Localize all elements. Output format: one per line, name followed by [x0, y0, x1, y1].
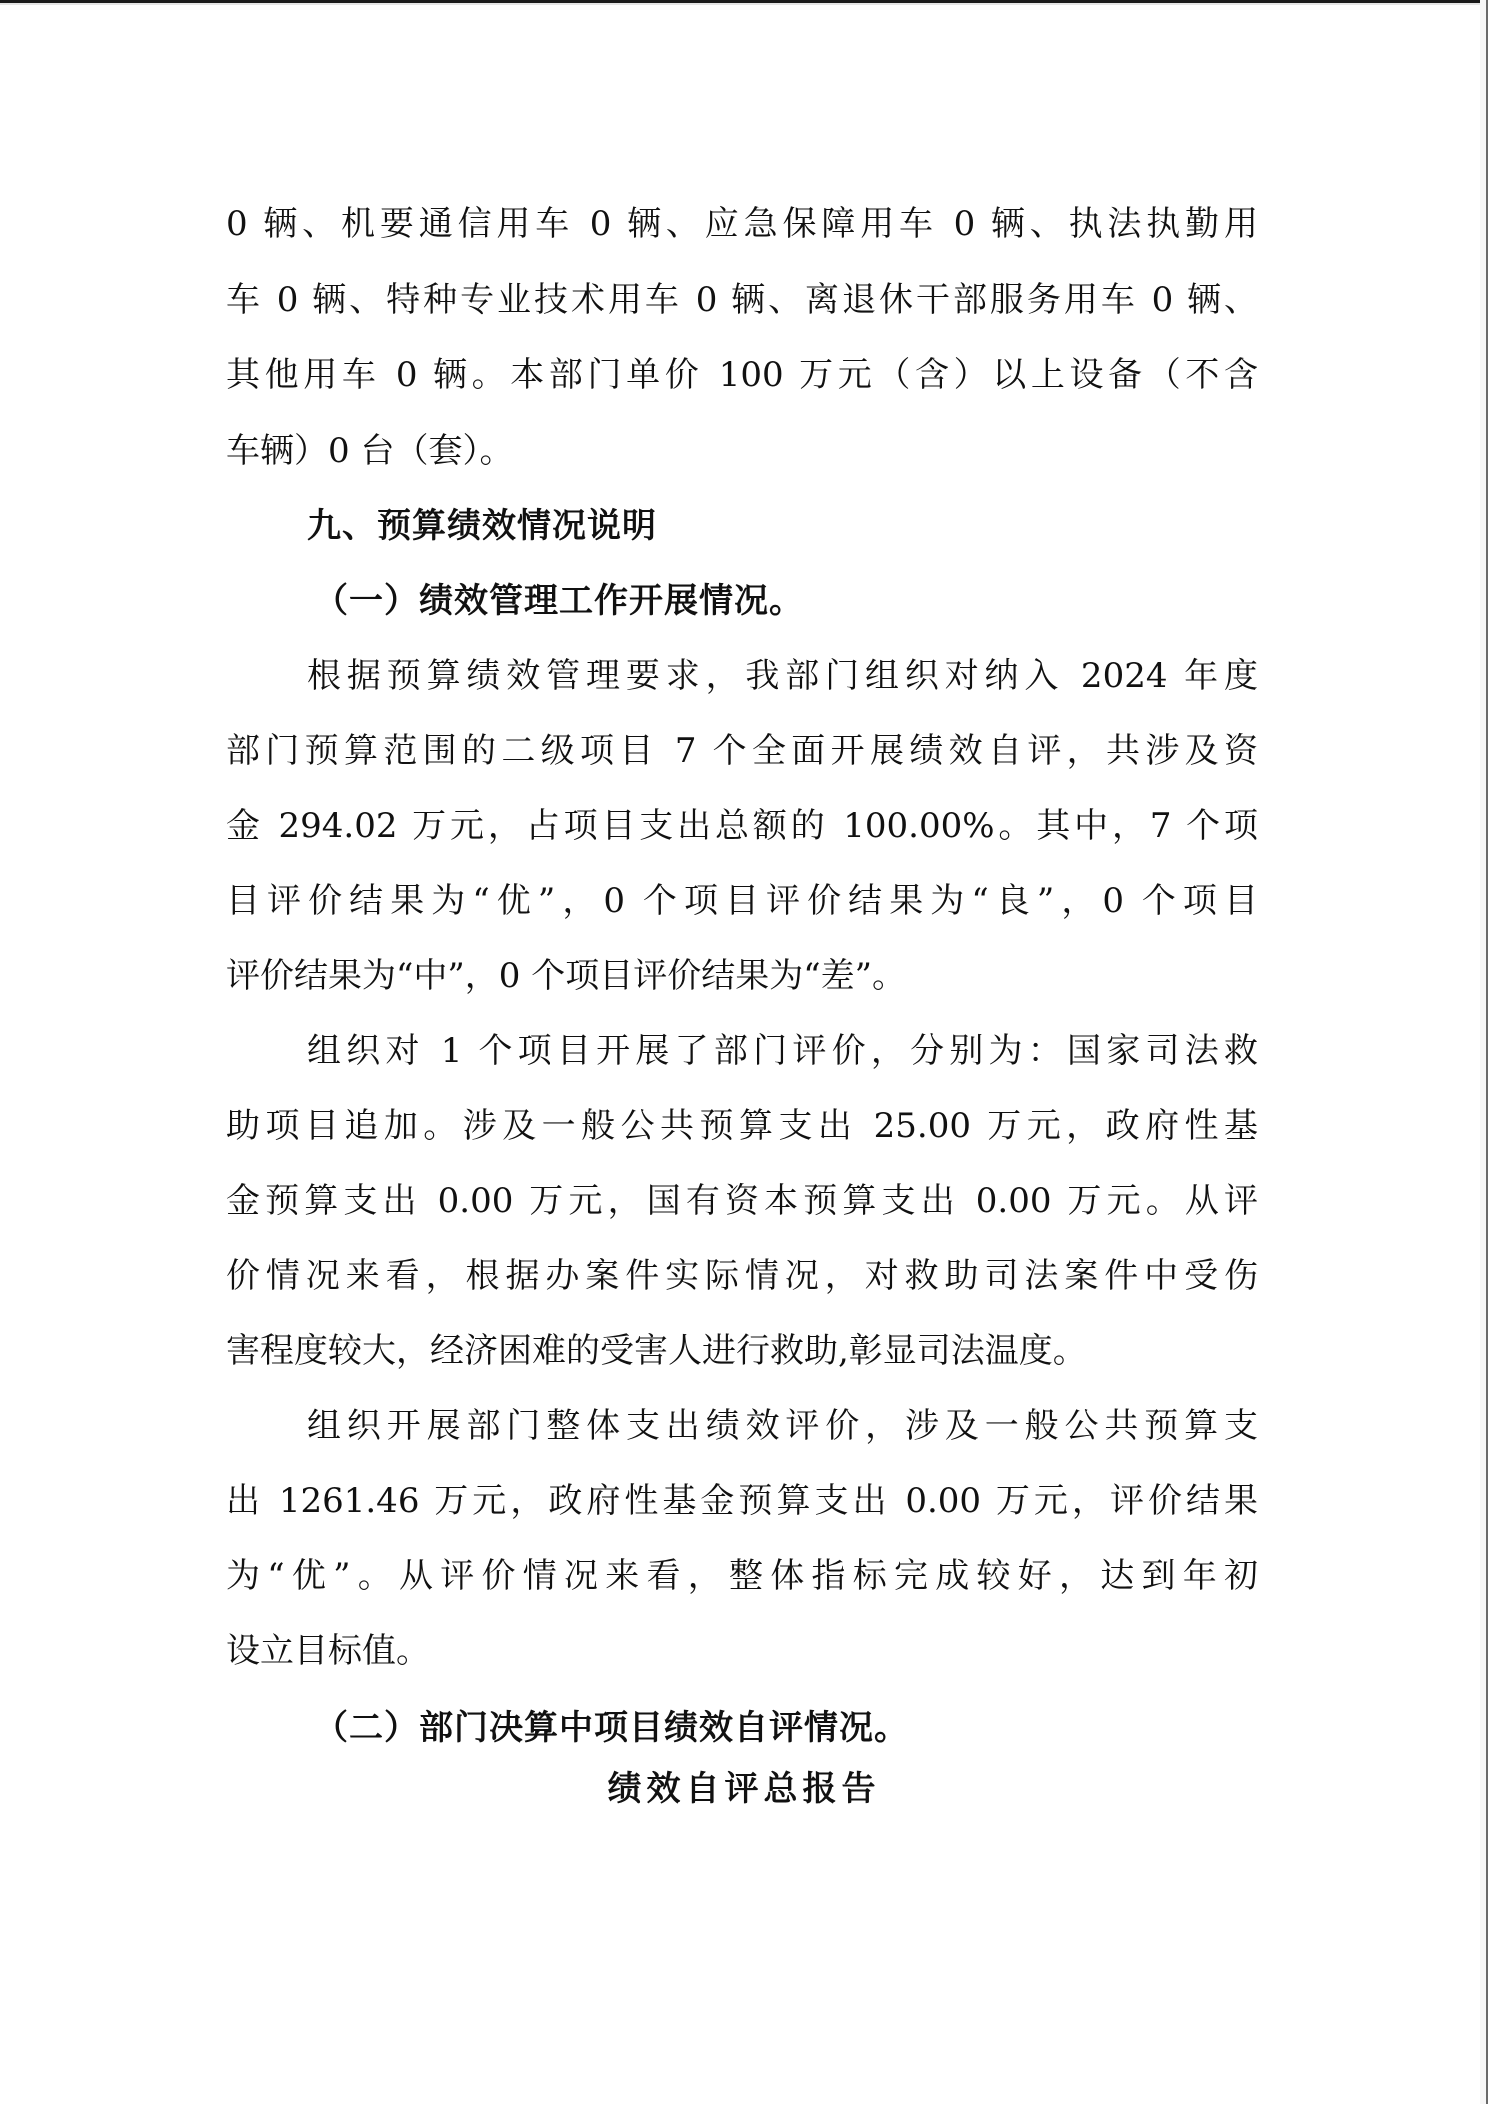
paragraph-1-line-4: 目评价结果为“优”，0 个项目评价结果为“良”，0 个项目 [226, 879, 1258, 923]
paragraph-2-line-3: 金预算支出 0.00 万元，国有资本预算支出 0.00 万元。从评 [226, 1179, 1258, 1223]
continuation-line-1: 0 辆、机要通信用车 0 辆、应急保障用车 0 辆、执法执勤用 [226, 202, 1258, 246]
report-title: 绩效自评总报告 [0, 1767, 1488, 1811]
subsection-1-heading: （一）绩效管理工作开展情况。 [314, 579, 804, 623]
paragraph-1-line-2: 部门预算范围的二级项目 7 个全面开展绩效自评，共涉及资 [226, 729, 1258, 773]
section-heading: 九、预算绩效情况说明 [307, 504, 657, 548]
continuation-line-3: 其他用车 0 辆。本部门单价 100 万元（含）以上设备（不含 [226, 353, 1258, 397]
subsection-2-heading: （二）部门决算中项目绩效自评情况。 [314, 1706, 909, 1750]
paragraph-1-line-3: 金 294.02 万元，占项目支出总额的 100.00%。其中，7 个项 [226, 804, 1258, 848]
paragraph-2-line-4: 价情况来看，根据办案件实际情况，对救助司法案件中受伤 [226, 1254, 1258, 1298]
paragraph-2-line-1: 组织对 1 个项目开展了部门评价，分别为：国家司法救 [307, 1029, 1258, 1073]
paragraph-3-line-4: 设立目标值。 [226, 1629, 1258, 1673]
paragraph-3-line-2: 出 1261.46 万元，政府性基金预算支出 0.00 万元，评价结果 [226, 1479, 1258, 1523]
paragraph-1-line-1: 根据预算绩效管理要求，我部门组织对纳入 2024 年度 [307, 654, 1258, 698]
continuation-line-4: 车辆）0 台（套）。 [226, 429, 1258, 473]
paragraph-2-line-2: 助项目追加。涉及一般公共预算支出 25.00 万元，政府性基 [226, 1104, 1258, 1148]
paragraph-1-line-5: 评价结果为“中”，0 个项目评价结果为“差”。 [226, 954, 1258, 998]
continuation-line-2: 车 0 辆、特种专业技术用车 0 辆、离退休干部服务用车 0 辆、 [226, 278, 1258, 322]
paragraph-3-line-3: 为“优”。从评价情况来看，整体指标完成较好，达到年初 [226, 1554, 1258, 1598]
paragraph-3-line-1: 组织开展部门整体支出绩效评价，涉及一般公共预算支 [307, 1404, 1258, 1448]
paragraph-2-line-5: 害程度较大，经济困难的受害人进行救助,彰显司法温度。 [226, 1329, 1258, 1373]
document-page: 0 辆、机要通信用车 0 辆、应急保障用车 0 辆、执法执勤用 车 0 辆、特种… [0, 0, 1488, 2104]
